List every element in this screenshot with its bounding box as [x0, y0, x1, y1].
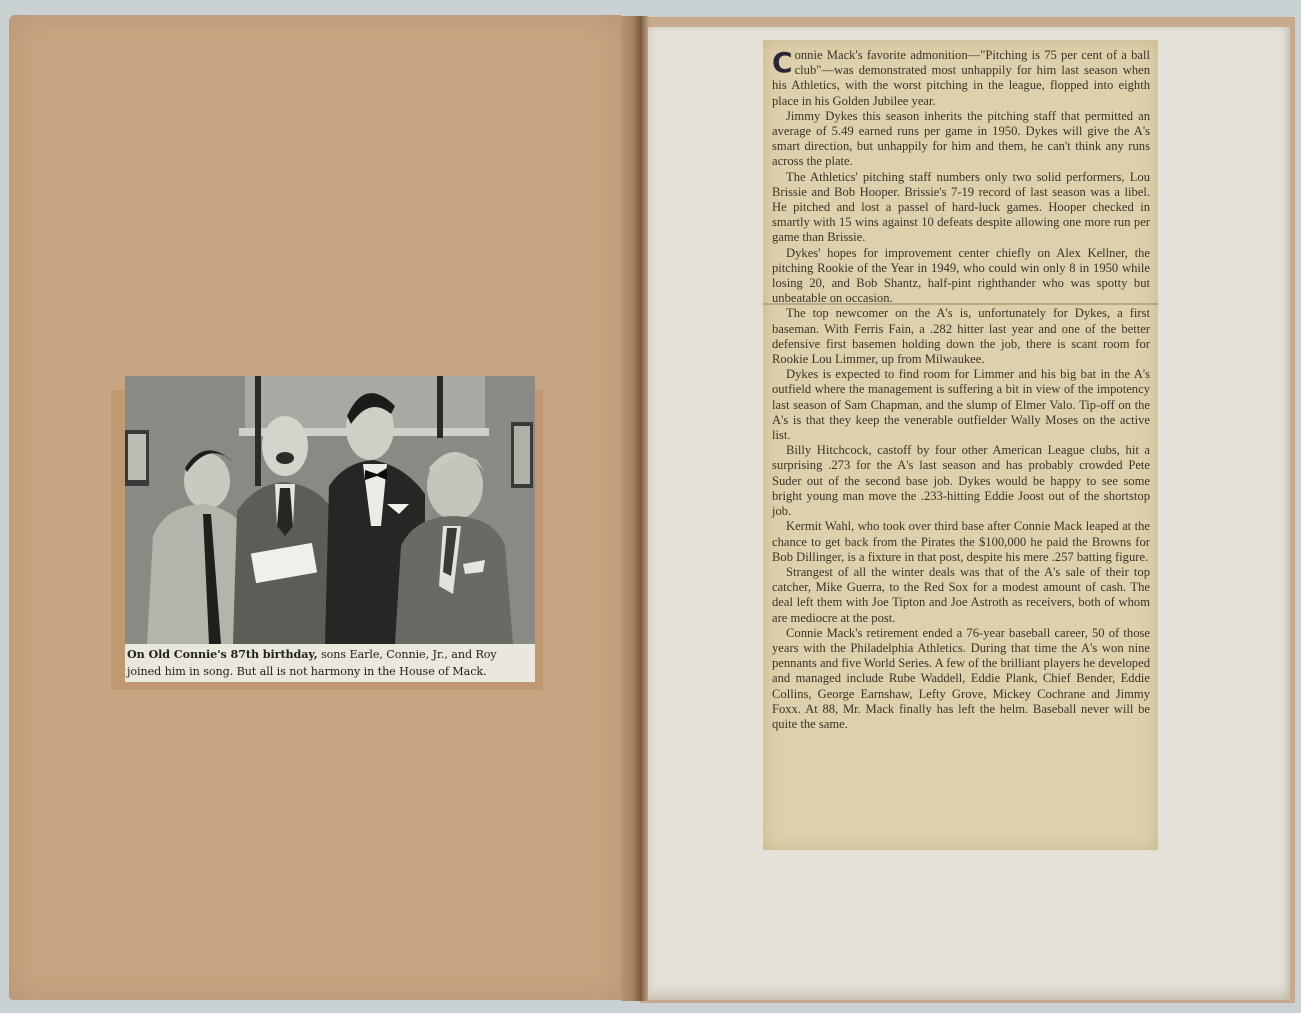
clipping-seam	[763, 303, 1158, 305]
group-photo	[125, 376, 535, 644]
article-paragraph: Billy Hitchcock, castoff by four other A…	[772, 443, 1150, 519]
article-paragraph: The top newcomer on the A's is, unfortun…	[772, 306, 1150, 367]
article-clipping: Connie Mack's favorite admonition—"Pitch…	[763, 40, 1158, 850]
article-paragraph: Dykes is expected to find room for Limme…	[772, 367, 1150, 443]
binding-spine	[621, 16, 649, 1001]
photo-caption: On Old Connie's 87th birthday, sons Earl…	[127, 646, 533, 680]
article-paragraph: Dykes' hopes for improvement center chie…	[772, 246, 1150, 307]
article-body: Connie Mack's favorite admonition—"Pitch…	[772, 48, 1150, 732]
drop-cap: C	[772, 50, 793, 76]
article-paragraph: Jimmy Dykes this season inherits the pit…	[772, 109, 1150, 170]
article-paragraph: Kermit Wahl, who took over third base af…	[772, 519, 1150, 565]
photo-clipping: On Old Connie's 87th birthday, sons Earl…	[125, 376, 535, 682]
caption-lead: On Old Connie's 87th birthday,	[127, 647, 318, 661]
article-paragraph: The Athletics' pitching staff numbers on…	[772, 170, 1150, 246]
photo-illustration	[125, 376, 535, 644]
article-paragraph: Connie Mack's retirement ended a 76-year…	[772, 626, 1150, 732]
article-paragraph: Strangest of all the winter deals was th…	[772, 565, 1150, 626]
article-paragraph: Connie Mack's favorite admonition—"Pitch…	[772, 48, 1150, 109]
